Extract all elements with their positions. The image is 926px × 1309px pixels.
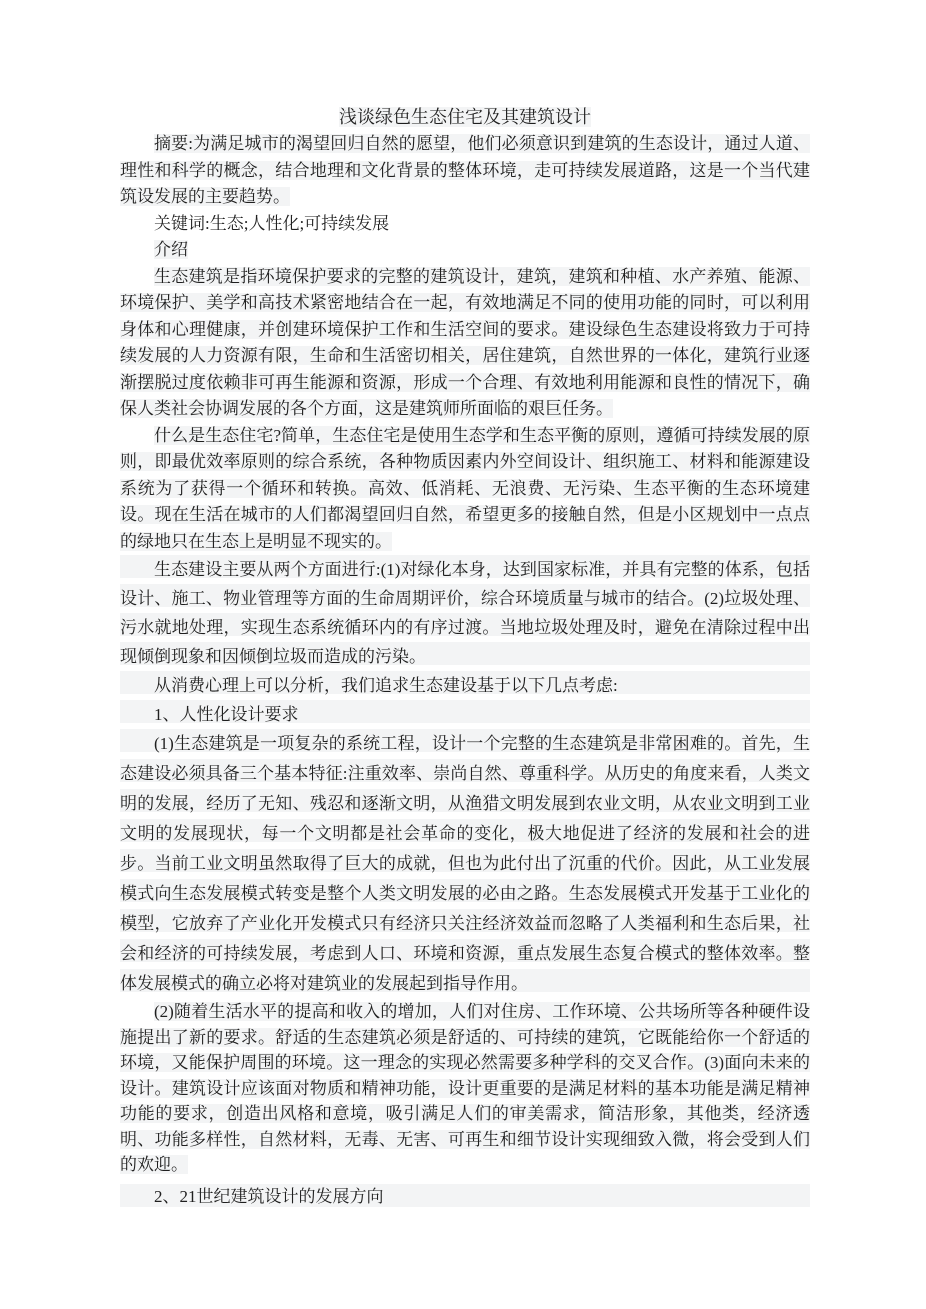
abstract-text: 摘要:为满足城市的渴望回归自然的愿望，他们必须意识到建筑的生态设计，通过人道、理… (120, 134, 810, 206)
what-is-eco-house-text: 什么是生态住宅?简单，生态住宅是使用生态学和生态平衡的原则，遵循可持续发展的原则… (120, 426, 810, 551)
intro-heading-text: 介绍 (154, 240, 188, 259)
abstract-paragraph: 摘要:为满足城市的渴望回归自然的愿望，他们必须意识到建筑的生态设计，通过人道、理… (120, 131, 810, 211)
intro-heading: 介绍 (120, 237, 810, 264)
document-page: 浅谈绿色生态住宅及其建筑设计 摘要:为满足城市的渴望回归自然的愿望，他们必须意识… (0, 0, 926, 1309)
document-body: 浅谈绿色生态住宅及其建筑设计 摘要:为满足城市的渴望回归自然的愿望，他们必须意识… (120, 104, 810, 1210)
consumer-psychology-text: 从消费心理上可以分析，我们追求生态建设基于以下几点考虑: (154, 676, 618, 695)
section1-heading-text: 1、人性化设计要求 (154, 705, 299, 724)
consumer-psychology-line: 从消费心理上可以分析，我们追求生态建设基于以下几点考虑: (120, 671, 810, 700)
point1-paragraph: (1)生态建筑是一项复杂的系统工程，设计一个完整的生态建筑是非常困难的。首先，生… (120, 729, 810, 999)
what-is-eco-house-paragraph: 什么是生态住宅?简单，生态住宅是使用生态学和生态平衡的原则，遵循可持续发展的原则… (120, 423, 810, 556)
doc-title: 浅谈绿色生态住宅及其建筑设计 (120, 104, 810, 131)
point1-text: (1)生态建筑是一项复杂的系统工程，设计一个完整的生态建筑是非常困难的。首先，生… (120, 734, 810, 993)
two-aspects-text: 生态建设主要从两个方面进行:(1)对绿化本身，达到国家标准，并具有完整的体系，包… (120, 560, 810, 666)
section2-heading-text: 2、21世纪建筑设计的发展方向 (154, 1187, 384, 1206)
point2-3-paragraph: (2)随着生活水平的提高和收入的增加，人们对住房、工作环境、公共场所等各种硬件设… (120, 999, 810, 1178)
keywords-text: 关键词:生态;人性化;可持续发展 (154, 214, 389, 233)
intro-paragraph: 生态建筑是指环境保护要求的完整的建筑设计，建筑，建筑和种植、水产养殖、能源、环境… (120, 264, 810, 423)
doc-title-text: 浅谈绿色生态住宅及其建筑设计 (339, 107, 591, 127)
intro-paragraph-text: 生态建筑是指环境保护要求的完整的建筑设计，建筑，建筑和种植、水产养殖、能源、环境… (120, 267, 810, 419)
section1-heading: 1、人性化设计要求 (120, 700, 810, 729)
two-aspects-paragraph: 生态建设主要从两个方面进行:(1)对绿化本身，达到国家标准，并具有完整的体系，包… (120, 555, 810, 671)
point2-3-text: (2)随着生活水平的提高和收入的增加，人们对住房、工作环境、公共场所等各种硬件设… (120, 1002, 810, 1174)
keywords-line: 关键词:生态;人性化;可持续发展 (120, 211, 810, 238)
section2-heading: 2、21世纪建筑设计的发展方向 (120, 1184, 810, 1210)
